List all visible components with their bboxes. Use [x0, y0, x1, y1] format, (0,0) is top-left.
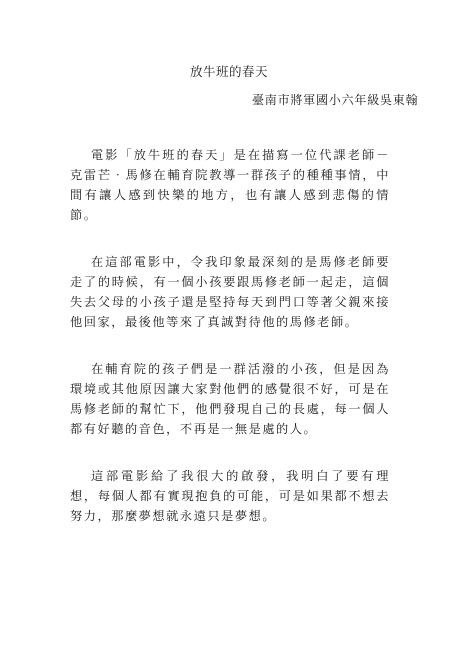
document-title: 放牛班的春天 — [0, 64, 458, 80]
document-page: 放牛班的春天 臺南市將軍國小六年級吳東翰 電影「放牛班的春天」是在描寫一位代課老… — [0, 0, 458, 648]
paragraph-1: 電影「放牛班的春天」是在描寫一位代課老師－克雷芒‧馬修在輔育院教導一群孩子的種種… — [70, 145, 390, 225]
author-line: 臺南市將軍國小六年級吳東翰 — [252, 92, 418, 108]
paragraph-3: 在輔育院的孩子們是一群活潑的小孩，但是因為環境或其他原因讓大家對他們的感覺很不好… — [70, 359, 390, 439]
paragraph-2: 在這部電影中，令我印象最深刻的是馬修老師要走了的時候，有一個小孩要跟馬修老師一起… — [70, 252, 390, 332]
paragraph-4: 這部電影給了我很大的啟發，我明白了要有理想，每個人都有實現抱負的可能，可是如果都… — [70, 466, 390, 526]
document-body: 電影「放牛班的春天」是在描寫一位代課老師－克雷芒‧馬修在輔育院教導一群孩子的種種… — [70, 145, 390, 553]
